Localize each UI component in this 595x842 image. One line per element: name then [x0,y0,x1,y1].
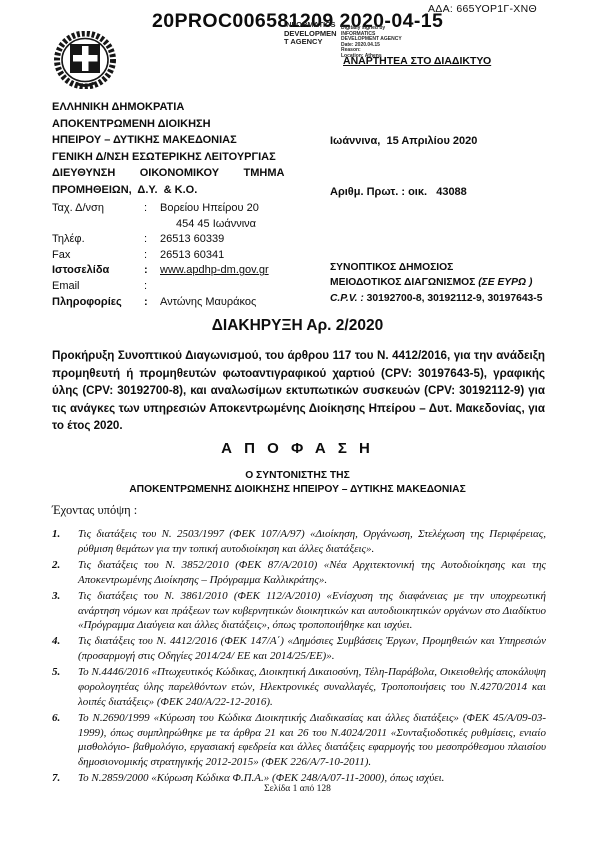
ada-value: 665ΥΟΡ1Γ-ΧΝΘ [456,3,537,15]
list-item-number: 2. [52,558,78,587]
authority-line: ΕΛΛΗΝΙΚΗ ΔΗΜΟΚΡΑΤΙΑ [52,99,322,116]
decision-sub2: ΑΠΟΚΕΝΤΡΩΜΕΝΗΣ ΔΙΟΙΚΗΣΗΣ ΗΠΕΙΡΟΥ – ΔΥΤΙΚ… [0,483,595,497]
having-regard-label: Έχοντας υπόψη : [52,503,137,518]
list-item-text: Τις διατάξεις του Ν. 3861/2010 (ΦΕΚ 112/… [78,589,546,633]
authority-line: ΗΠΕΙΡΟΥ – ΔΥΤΙΚΗΣ ΜΑΚΕΔΟΝΙΑΣ [52,132,322,149]
legal-basis-list: 1. Τις διατάξεις του Ν. 2503/1997 (ΦΕΚ 1… [52,527,546,787]
authority-line: ΑΠΟΚΕΝΤΡΩΜΕΝΗ ΔΙΟΙΚΗΣΗ [52,116,322,133]
contact-label: Πληροφορίες [52,295,144,311]
contact-row-information: Πληροφορίες : Αντώνης Μαυράκος [52,295,332,311]
list-item: 4. Τις διατάξεις του Ν. 4412/2016 (ΦΕΚ 1… [52,634,546,663]
issuing-authority-block: ΕΛΛΗΝΙΚΗ ΔΗΜΟΚΡΑΤΙΑ ΑΠΟΚΕΝΤΡΩΜΕΝΗ ΔΙΟΙΚΗ… [52,99,322,199]
cpv-label: C.P.V. : [330,293,364,304]
contact-label: Ταχ. Δ/νση [52,201,144,217]
list-item-number: 6. [52,711,78,770]
contact-label: Fax [52,248,144,264]
colon: : [144,248,160,264]
stamp-agency-line: T AGENCY [284,38,346,47]
contact-label: Ιστοσελίδα [52,263,144,279]
list-item-text: Τις διατάξεις του Ν. 2503/1997 (ΦΕΚ 107/… [78,527,546,556]
contact-label: Τηλέφ. [52,232,144,248]
cpv-line: C.P.V. : 30192700-8, 30192112-9, 3019764… [330,291,566,306]
competition-line1: ΣΥΝΟΠΤΙΚΟΣ ΔΗΜΟΣΙΟΣ [330,260,566,275]
contact-value: 26513 60341 [160,248,332,264]
authority-line: ΔΙΕΥΘΥΝΣΗ ΟΙΚΟΝΟΜΙΚΟΥ ΤΜΗΜΑ [52,165,322,182]
competition-type-block: ΣΥΝΟΠΤΙΚΟΣ ΔΗΜΟΣΙΟΣ ΜΕΙΟΔΟΤΙΚΟΣ ΔΙΑΓΩΝΙΣ… [330,260,566,306]
list-item: 3. Τις διατάξεις του Ν. 3861/2010 (ΦΕΚ 1… [52,589,546,633]
list-item-text: Το Ν.2690/1999 «Κύρωση του Κώδικα Διοικη… [78,711,546,770]
contact-row-website: Ιστοσελίδα : www.apdhp-dm.gov.gr [52,263,332,279]
competition-line2-text: ΜΕΙΟΔΟΤΙΚΟΣ ΔΙΑΓΩΝΙΣΜΟΣ [330,277,478,288]
cpv-value: 30192700-8, 30192112-9, 30197643-5 [367,293,543,304]
contact-value [160,279,332,295]
authority-line: ΓΕΝΙΚΗ Δ/ΝΣΗ ΕΣΩΤΕΡΙΚΗΣ ΛΕΙΤΟΥΡΓΙΑΣ [52,149,322,166]
contact-label: Email [52,279,144,295]
list-item-number: 1. [52,527,78,556]
contact-value: 26513 60339 [160,232,332,248]
contact-row-fax: Fax : 26513 60341 [52,248,332,264]
colon: : [144,232,160,248]
decision-sub1: Ο ΣΥΝΤΟΝΙΣΤΗΣ ΤΗΣ [0,469,595,483]
protocol-number: Αριθμ. Πρωτ. : οικ. 43088 [330,184,477,201]
page-footer: Σελίδα 1 από 128 [0,784,595,794]
list-item: 1. Τις διατάξεις του Ν. 2503/1997 (ΦΕΚ 1… [52,527,546,556]
reference-block: Ιωάννινα, 15 Απριλίου 2020 Αριθμ. Πρωτ. … [330,99,477,235]
contact-row-email: Email : [52,279,332,295]
list-item-text: Τις διατάξεις του Ν. 4412/2016 (ΦΕΚ 147/… [78,634,546,663]
contact-row-address: Ταχ. Δ/νση : Βορείου Ηπείρου 20 454 45 Ι… [52,201,332,232]
list-item-text: Τις διατάξεις του Ν. 3852/2010 (ΦΕΚ 87/Α… [78,558,546,587]
greek-coat-of-arms-icon [54,31,116,94]
contact-block: Ταχ. Δ/νση : Βορείου Ηπείρου 20 454 45 Ι… [52,201,332,310]
competition-currency-note: (ΣΕ ΕΥΡΩ ) [478,277,532,288]
list-item-text: Το Ν.4446/2016 «Πτωχευτικός Κώδικας, Διο… [78,665,546,709]
competition-line2: ΜΕΙΟΔΟΤΙΚΟΣ ΔΙΑΓΩΝΙΣΜΟΣ (ΣΕ ΕΥΡΩ ) [330,275,566,290]
authority-line: ΠΡΟΜΗΘΕΙΩΝ, Δ.Υ. & Κ.Ο. [52,182,322,199]
anartitea-note: ΑΝΑΡΤΗΤΕΑ ΣΤΟ ΔΙΑΔΙΚΤΥΟ [343,55,491,67]
signature-stamp-agency: INFORMATICS DEVELOPMEN T AGENCY [284,21,346,47]
contact-value-line2: 454 45 Ιωάννινα [160,217,332,233]
contact-value: Βορείου Ηπείρου 20 [160,201,332,217]
document-title: ΔΙΑΚΗΡΥΞΗ Αρ. 2/2020 [0,317,595,335]
colon: : [144,263,160,279]
list-item-number: 5. [52,665,78,709]
colon: : [144,279,160,295]
contact-value: Αντώνης Μαυράκος [160,295,332,311]
website-link[interactable]: www.apdhp-dm.gov.gr [160,263,332,279]
document-page: ΑΔΑ: 665ΥΟΡ1Γ-ΧΝΘ 20PROC006581209 2020-0… [0,0,595,842]
contact-row-phone: Τηλέφ. : 26513 60339 [52,232,332,248]
decision-subheading: Ο ΣΥΝΤΟΝΙΣΤΗΣ ΤΗΣ ΑΠΟΚΕΝΤΡΩΜΕΝΗΣ ΔΙΟΙΚΗΣ… [0,469,595,496]
place-date: Ιωάννινα, 15 Απριλίου 2020 [330,133,477,150]
decision-heading: Α Π Ο Φ Α Σ Η [0,440,595,457]
list-item-number: 4. [52,634,78,663]
colon: : [144,201,160,217]
list-item-number: 3. [52,589,78,633]
summary-paragraph: Προκήρυξη Συνοπτικού Διαγωνισμού, του άρ… [52,347,545,435]
ada-code: ΑΔΑ: 665ΥΟΡ1Γ-ΧΝΘ [428,3,537,15]
list-item: 2. Τις διατάξεις του Ν. 3852/2010 (ΦΕΚ 8… [52,558,546,587]
list-item: 6. Το Ν.2690/1999 «Κύρωση του Κώδικα Διο… [52,711,546,770]
list-item: 5. Το Ν.4446/2016 «Πτωχευτικός Κώδικας, … [52,665,546,709]
colon: : [144,295,160,311]
